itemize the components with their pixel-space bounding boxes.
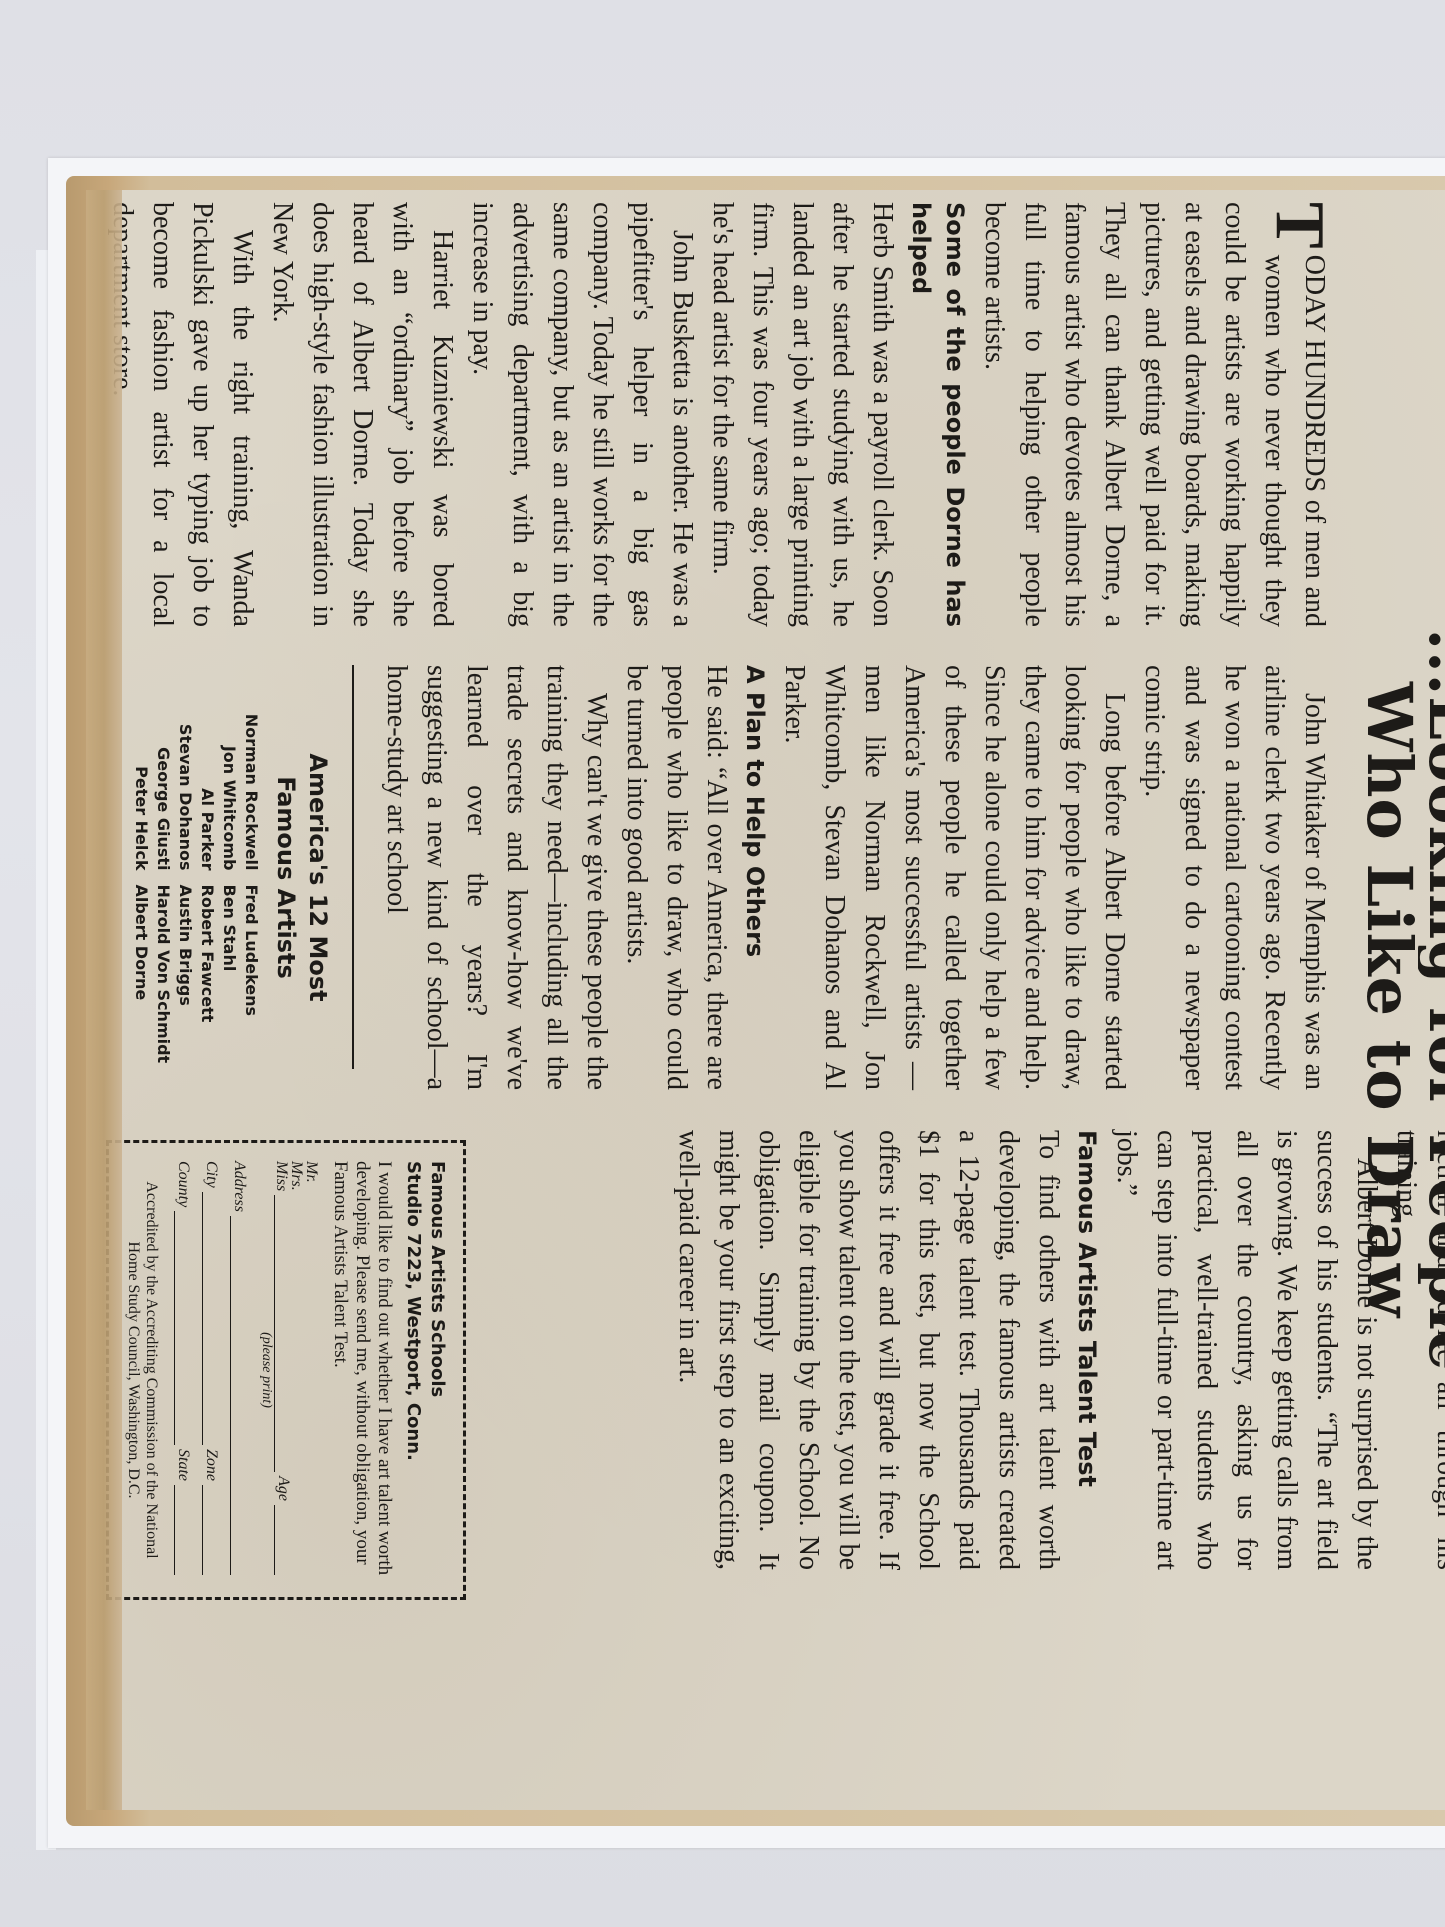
city-label: City <box>202 1161 220 1188</box>
paragraph: With the right training, Wanda Pickulski… <box>102 202 262 627</box>
article-column-1: TODAY HUNDREDS of men and women who neve… <box>102 202 1334 627</box>
mail-coupon[interactable]: Famous Artists Schools Studio 7223, West… <box>106 1140 466 1600</box>
city-zone-field[interactable]: City Zone <box>202 1161 220 1579</box>
article-column-3: rection and advice all through his train… <box>668 1130 1445 1570</box>
address-label: Address <box>230 1161 248 1212</box>
state-label: State <box>174 1449 192 1481</box>
address-field[interactable]: Address <box>230 1161 248 1579</box>
artist-name: Peter Helck <box>130 665 152 871</box>
artist-name: Harold Von Schmidt <box>152 885 174 1091</box>
paragraph: He said: “All over America, there are pe… <box>616 665 736 1090</box>
artist-name: George Giusti <box>152 665 174 871</box>
lead-in: ODAY HUNDREDS <box>1299 255 1330 492</box>
paragraph: of men and women who never thought they … <box>979 202 1330 627</box>
print-hint: (please print) <box>258 1161 274 1579</box>
famous-title-line2: Famous Artists <box>270 665 302 1090</box>
address-line[interactable] <box>230 1216 247 1575</box>
drop-cap: T <box>1268 202 1330 249</box>
artist-name: Ben Stahl <box>218 885 240 1091</box>
accreditation-note: Accredited by the Accrediting Commission… <box>124 1161 160 1579</box>
state-line[interactable] <box>174 1485 191 1575</box>
subhead-talent-test: Famous Artists Talent Test <box>1070 1130 1104 1570</box>
paragraph: rection and advice all through his train… <box>1386 1130 1445 1570</box>
paragraph: Long before Albert Dorne started looking… <box>774 665 1134 1090</box>
paragraph: Herb Smith was a payroll clerk. Soon aft… <box>702 202 902 627</box>
artist-name: Stevan Dohanos <box>174 665 196 871</box>
famous-title-line1: America's 12 Most <box>302 665 334 1090</box>
divider <box>352 665 354 1069</box>
county-label: County <box>174 1161 192 1207</box>
artist-name: Al Parker <box>196 665 218 871</box>
salutation-miss: Miss <box>273 1161 290 1191</box>
coupon-title-2: Studio 7223, Westport, Conn. <box>401 1161 425 1579</box>
paragraph: John Busketta is another. He was a pipef… <box>462 202 702 627</box>
artist-name: Austin Briggs <box>174 885 196 1091</box>
subhead-people-helped: Some of the people Dorne has helped <box>904 202 972 627</box>
artist-name: Fred Ludekens <box>240 885 262 1091</box>
salutation-mrs: Mrs. <box>288 1161 305 1191</box>
magazine-advertisement-page: ...Looking for People Who Like to Draw T… <box>86 190 1445 1810</box>
famous-artists-title: America's 12 Most Famous Artists <box>270 665 334 1090</box>
page-binding-edge <box>86 190 122 1810</box>
paragraph: John Whitaker of Memphis was an airline … <box>1134 665 1334 1090</box>
county-line[interactable] <box>174 1211 191 1445</box>
paragraph: To find others with art talent worth dev… <box>668 1130 1068 1570</box>
age-line[interactable] <box>274 1505 291 1575</box>
coupon-text: I would like to find out whether I have … <box>329 1161 395 1579</box>
zone-line[interactable] <box>202 1485 219 1575</box>
artist-name: Jon Whitcomb <box>218 665 240 871</box>
artist-name: Albert Dorne <box>130 885 152 1091</box>
age-label: Age <box>274 1476 292 1501</box>
name-line[interactable] <box>274 1195 291 1472</box>
city-line[interactable] <box>202 1192 219 1445</box>
coupon-title-1: Famous Artists Schools <box>425 1161 449 1579</box>
article-column-2: John Whitaker of Memphis was an airline … <box>130 665 1334 1090</box>
paragraph: Why can't we give these people the train… <box>376 665 616 1090</box>
paragraph: Albert Dorne is not surprised by the suc… <box>1106 1130 1386 1570</box>
county-state-field[interactable]: County State <box>174 1161 192 1579</box>
artists-list: Norman RockwellFred LudekensJon Whitcomb… <box>130 665 262 1090</box>
zone-label: Zone <box>202 1449 220 1481</box>
paragraph: Harriet Kuzniewski was bored with an “or… <box>262 202 462 627</box>
salutation-mr: Mr. <box>303 1161 320 1183</box>
name-field[interactable]: Mr. Mrs. Miss Age <box>274 1161 319 1579</box>
artist-name: Norman Rockwell <box>240 665 262 871</box>
artist-name: Robert Fawcett <box>196 885 218 1091</box>
subhead-plan: A Plan to Help Others <box>738 665 772 1090</box>
